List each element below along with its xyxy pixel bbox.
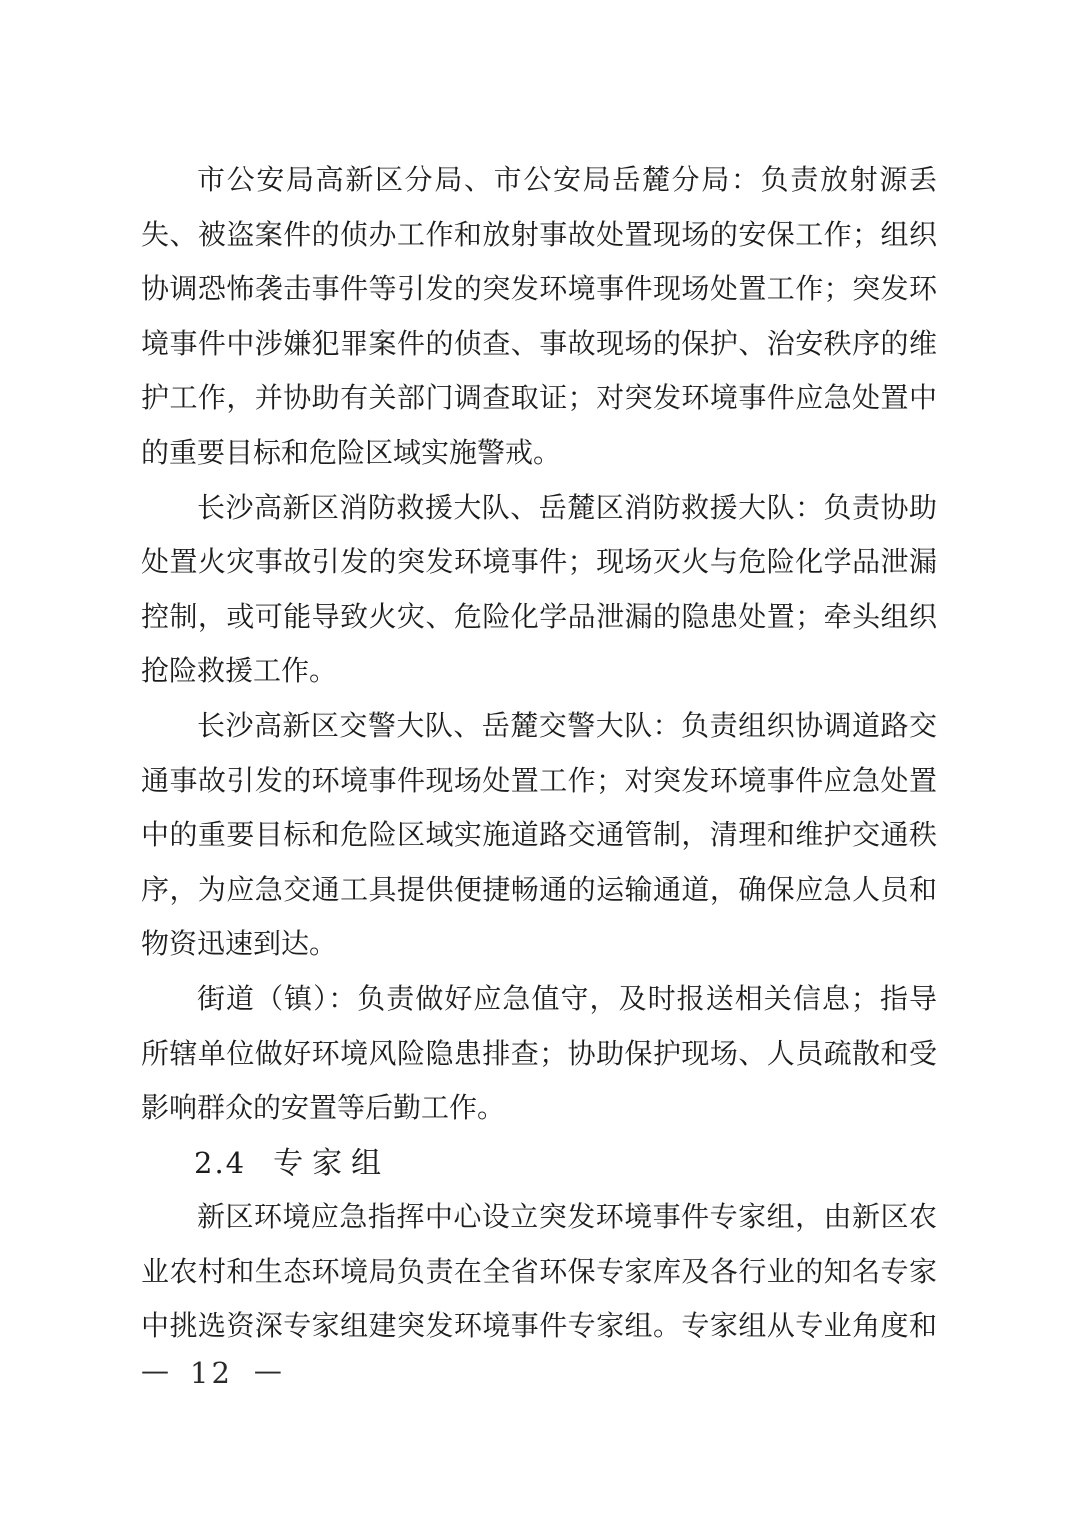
- text-line: 长沙高新区消防救援大队、岳麓区消防救援大队：负责协助: [141, 481, 937, 536]
- paragraph-expert-group: 新区环境应急指挥中心设立突发环境事件专家组，由新区农 业农村和生态环境局负责在全…: [141, 1190, 937, 1354]
- footer-dash-right: —: [254, 1353, 282, 1389]
- text-line: 影响群众的安置等后勤工作。: [141, 1081, 937, 1136]
- page-number: 12: [190, 1355, 233, 1391]
- paragraph-subdistricts: 街道（镇）：负责做好应急值守，及时报送相关信息；指导 所辖单位做好环境风险隐患排…: [141, 972, 937, 1136]
- paragraph-fire-rescue: 长沙高新区消防救援大队、岳麓区消防救援大队：负责协助 处置火灾事故引发的突发环境…: [141, 481, 937, 699]
- section-title: 专家组: [273, 1146, 390, 1181]
- paragraph-public-security: 市公安局高新区分局、市公安局岳麓分局：负责放射源丢 失、被盗案件的侦办工作和放射…: [141, 153, 937, 481]
- text-line: 长沙高新区交警大队、岳麓交警大队：负责组织协调道路交: [141, 699, 937, 754]
- text-line: 的重要目标和危险区域实施警戒。: [141, 426, 937, 481]
- document-page: 市公安局高新区分局、市公安局岳麓分局：负责放射源丢 失、被盗案件的侦办工作和放射…: [0, 0, 1074, 1520]
- text-line: 护工作，并协助有关部门调查取证；对突发环境事件应急处置中: [141, 371, 937, 426]
- text-line: 所辖单位做好环境风险隐患排查；协助保护现场、人员疏散和受: [141, 1027, 937, 1082]
- text-line: 抢险救援工作。: [141, 644, 937, 699]
- page-footer: — 12 —: [141, 1355, 282, 1391]
- text-line: 协调恐怖袭击事件等引发的突发环境事件现场处置工作；突发环: [141, 262, 937, 317]
- text-line: 境事件中涉嫌犯罪案件的侦查、事故现场的保护、治安秩序的维: [141, 317, 937, 372]
- text-line: 通事故引发的环境事件现场处置工作；对突发环境事件应急处置: [141, 754, 937, 809]
- text-line: 中的重要目标和危险区域实施道路交通管制，清理和维护交通秩: [141, 808, 937, 863]
- section-number: 2.4: [194, 1146, 246, 1180]
- footer-dash-left: —: [141, 1353, 169, 1389]
- text-line: 序，为应急交通工具提供便捷畅通的运输通道，确保应急人员和: [141, 863, 937, 918]
- section-heading: 2.4专家组: [141, 1136, 937, 1191]
- text-line: 控制，或可能导致火灾、危险化学品泄漏的隐患处置；牵头组织: [141, 590, 937, 645]
- text-line: 市公安局高新区分局、市公安局岳麓分局：负责放射源丢: [141, 153, 937, 208]
- text-line: 物资迅速到达。: [141, 917, 937, 972]
- paragraph-traffic-police: 长沙高新区交警大队、岳麓交警大队：负责组织协调道路交 通事故引发的环境事件现场处…: [141, 699, 937, 972]
- text-line: 处置火灾事故引发的突发环境事件；现场灭火与危险化学品泄漏: [141, 535, 937, 590]
- document-body: 市公安局高新区分局、市公安局岳麓分局：负责放射源丢 失、被盗案件的侦办工作和放射…: [141, 153, 937, 1354]
- text-line: 失、被盗案件的侦办工作和放射事故处置现场的安保工作；组织: [141, 208, 937, 263]
- text-line: 新区环境应急指挥中心设立突发环境事件专家组，由新区农: [141, 1190, 937, 1245]
- text-line: 中挑选资深专家组建突发环境事件专家组。专家组从专业角度和: [141, 1299, 937, 1354]
- text-line: 街道（镇）：负责做好应急值守，及时报送相关信息；指导: [141, 972, 937, 1027]
- text-line: 业农村和生态环境局负责在全省环保专家库及各行业的知名专家: [141, 1245, 937, 1300]
